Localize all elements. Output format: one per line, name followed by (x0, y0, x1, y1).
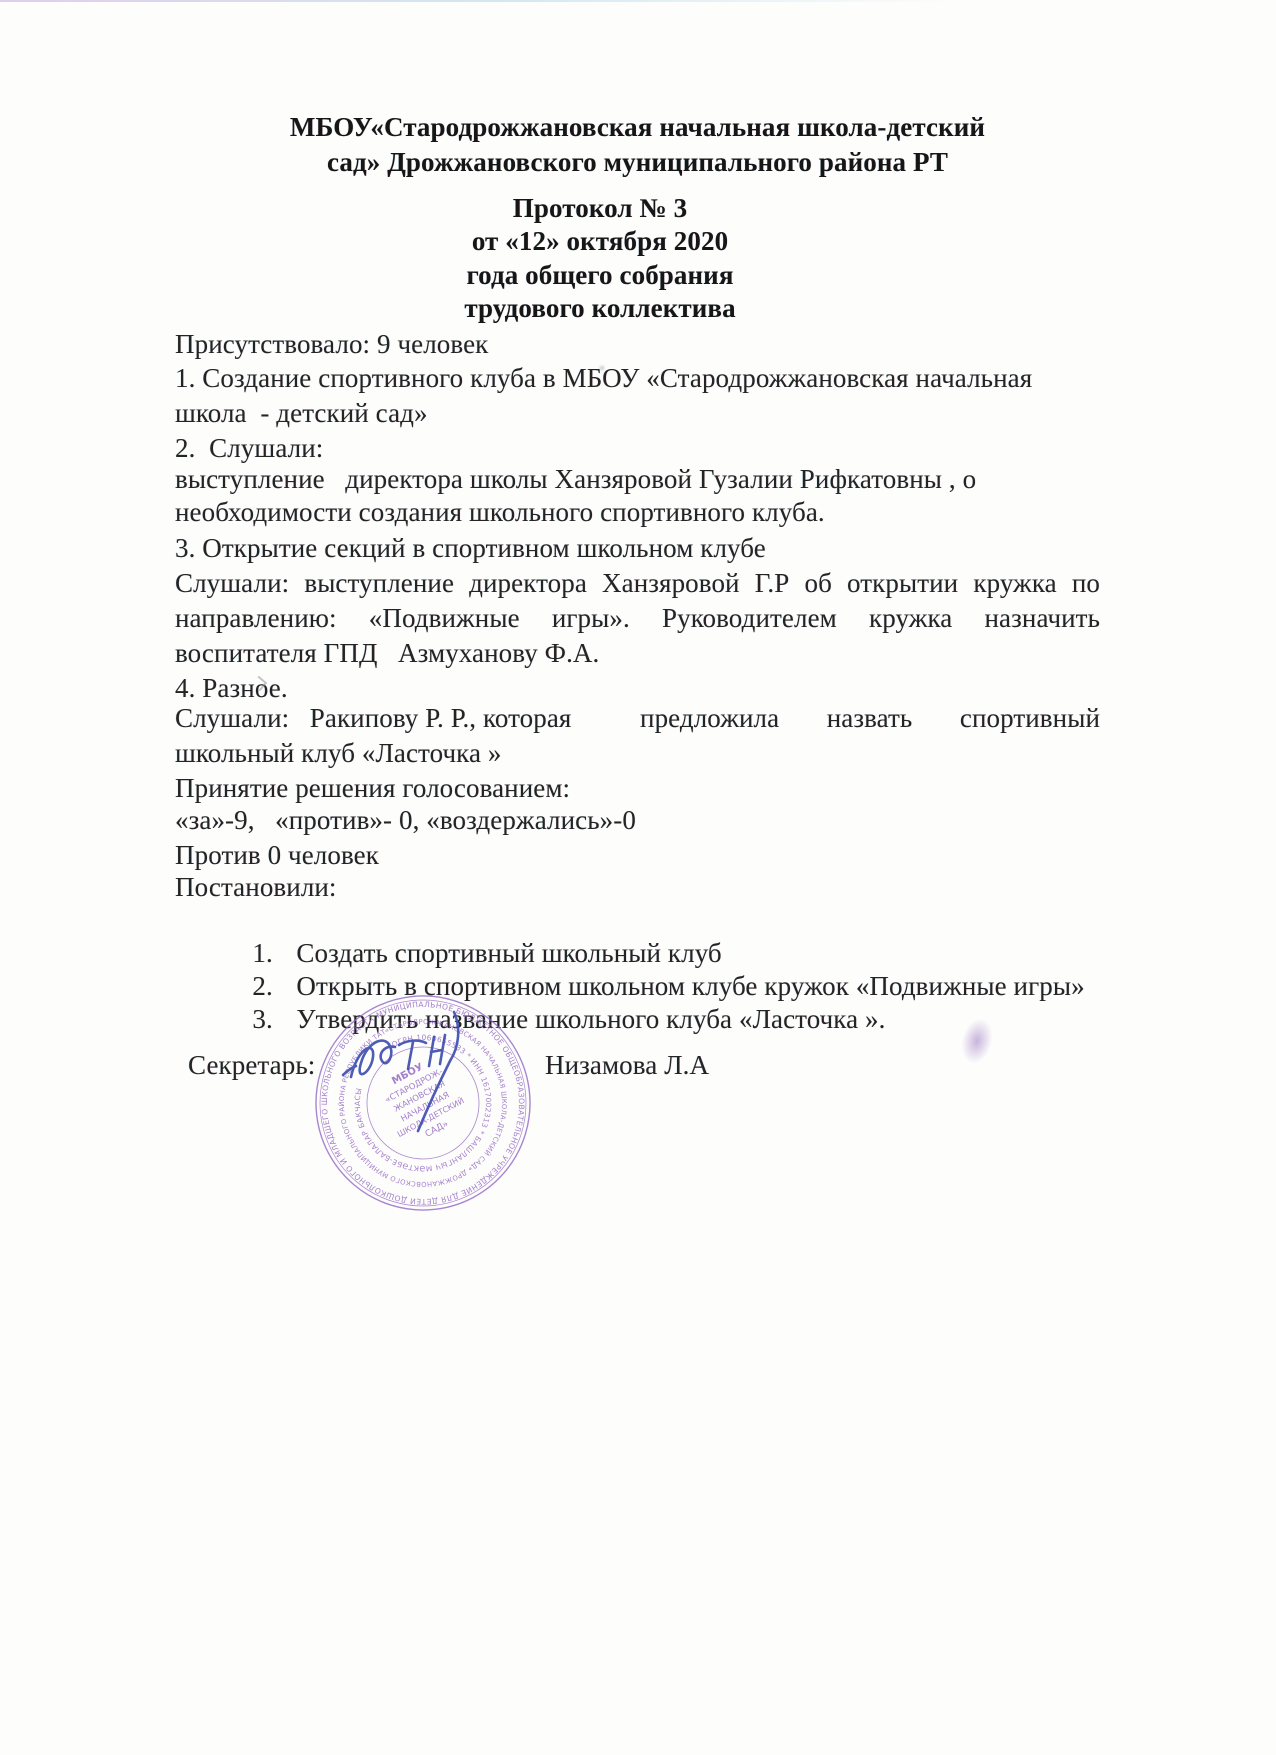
resolution-item-3-number: 3. (252, 1002, 296, 1036)
title-meeting-line-1: года общего собрания (175, 258, 1025, 292)
title-meeting-line-2: трудового коллектива (175, 291, 1025, 325)
scan-edge-artifact (0, 0, 1276, 2)
resolved-heading-line: Постановили: (175, 870, 1100, 904)
agenda-item-4-line-1-left: Слушали: Ракипову Р. Р., которая (175, 701, 571, 735)
signature-stroke-loop (351, 1041, 395, 1077)
voting-heading-line: Принятие решения голосованием: (175, 771, 1100, 805)
signature-stroke-n (429, 1035, 445, 1066)
title-protocol-number: Протокол № 3 (175, 191, 1025, 225)
agenda-item-3-line-3: воспитателя ГПД Азмуханову Ф.А. (175, 636, 1100, 670)
signature-name: Низамова Л.А (545, 1048, 709, 1082)
against-count-line: Против 0 человек (175, 838, 1100, 872)
signature-stroke-flourish (418, 1012, 458, 1131)
agenda-item-1-line-1: 1. Создание спортивного клуба в МБОУ «Ст… (175, 361, 1100, 395)
agenda-item-3-line-2: направлению: «Подвижные игры». Руководит… (175, 601, 1100, 635)
header-org-line-1: МБОУ«Стародрожжановская начальная школа-… (175, 110, 1100, 144)
agenda-item-1-line-2: школа - детский сад» (175, 396, 1100, 430)
agenda-item-3-heading: 3. Открытие секций в спортивном школьном… (175, 531, 1100, 565)
agenda-item-2-line-1: выступление директора школы Ханзяровой Г… (175, 462, 1100, 496)
agenda-item-4-heading: 4. Разное. (175, 671, 1100, 705)
agenda-item-2-line-2: необходимости создания школьного спортив… (175, 495, 1100, 529)
header-org-line-2: сад» Дрожжановского муниципального район… (175, 145, 1100, 179)
agenda-item-4-line-2: школьный клуб «Ласточка » (175, 736, 1100, 770)
attendance-line: Присутствовало: 9 человек (175, 327, 1100, 361)
agenda-item-2-heading: 2. Слушали: (175, 431, 1100, 465)
title-protocol-date: от «12» октября 2020 (175, 224, 1025, 258)
signature-stroke-t (399, 1041, 426, 1069)
agenda-item-3-line-1: Слушали: выступление директора Ханзярово… (175, 566, 1100, 600)
voting-results-line: «за»-9, «против»- 0, «воздержались»-0 (175, 803, 1100, 837)
agenda-item-4-line-1-right: предложила назвать спортивный (640, 701, 1100, 735)
secretary-signature (335, 1003, 525, 1153)
document-page: МБОУ«Стародрожжановская начальная школа-… (0, 0, 1276, 1755)
scan-artifact-dot (598, 364, 606, 372)
signature-label: Секретарь: (188, 1048, 315, 1082)
agenda-item-4-line-1: Слушали: Ракипову Р. Р., которая предлож… (175, 701, 1100, 735)
